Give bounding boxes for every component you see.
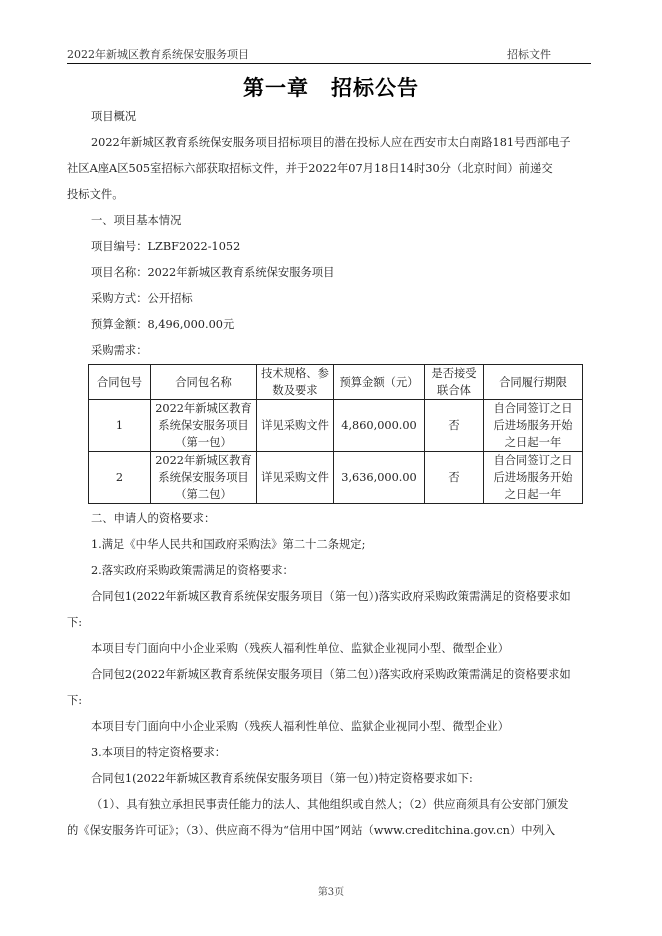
overview-text-line-3: 投标文件。 (67, 188, 124, 202)
cell-term: 自合同签订之日后进场服务开始之日起一年 (484, 452, 583, 504)
chapter-title: 第一章 招标公告 (0, 72, 662, 102)
requirements-table: 合同包号 合同包名称 技术规格、参数及要求 预算金额（元） 是否接受联合体 合同… (88, 364, 583, 504)
requirement-3: 3.本项目的特定资格要求： (91, 746, 226, 760)
section-2-heading: 二、申请人的资格要求： (91, 512, 215, 526)
header-doc-type: 招标文件 (507, 46, 551, 62)
cell-package-name: 2022年新城区教育系统保安服务项目（第二包） (151, 452, 257, 504)
procurement-requirements-label: 采购需求： (91, 344, 148, 358)
procurement-method: 采购方式：公开招标 (91, 292, 193, 306)
col-header-package-name: 合同包名称 (151, 365, 257, 400)
col-header-tech-spec: 技术规格、参数及要求 (257, 365, 334, 400)
cell-package-no: 1 (89, 400, 151, 452)
overview-text-line-1: 2022年新城区教育系统保安服务项目招标项目的潜在投标人应在西安市太白南路181… (91, 136, 571, 150)
package-2-policy-line-1: 合同包2(2022年新城区教育系统保安服务项目（第二包）)落实政府采购政策需满足… (91, 668, 571, 682)
table-row: 1 2022年新城区教育系统保安服务项目（第一包） 详见采购文件 4,860,0… (89, 400, 583, 452)
overview-text-line-2: 社区A座A区505室招标六部获取招标文件，并于2022年07月18日14时30分… (67, 162, 553, 176)
package-1-specific-line-1: （1）、具有独立承担民事责任能力的法人、其他组织或自然人；（2）供应商须具有公安… (91, 798, 569, 812)
col-header-consortium: 是否接受联合体 (425, 365, 484, 400)
cell-tech-spec: 详见采购文件 (257, 400, 334, 452)
table-row: 2 2022年新城区教育系统保安服务项目（第二包） 详见采购文件 3,636,0… (89, 452, 583, 504)
table-header-row: 合同包号 合同包名称 技术规格、参数及要求 预算金额（元） 是否接受联合体 合同… (89, 365, 583, 400)
cell-package-name: 2022年新城区教育系统保安服务项目（第一包） (151, 400, 257, 452)
col-header-term: 合同履行期限 (484, 365, 583, 400)
page-header: 2022年新城区教育系统保安服务项目 招标文件 (67, 44, 591, 62)
cell-budget: 4,860,000.00 (334, 400, 425, 452)
package-1-specific-line-2: 的《保安服务许可证》；（3）、供应商不得为“信用中国”网站（www.credit… (67, 824, 555, 838)
header-divider (67, 63, 591, 64)
cell-package-no: 2 (89, 452, 151, 504)
package-1-specific-heading: 合同包1(2022年新城区教育系统保安服务项目（第一包）)特定资格要求如下: (91, 772, 473, 786)
cell-tech-spec: 详见采购文件 (257, 452, 334, 504)
header-project-name: 2022年新城区教育系统保安服务项目 (67, 46, 249, 62)
cell-consortium: 否 (425, 400, 484, 452)
project-name: 项目名称：2022年新城区教育系统保安服务项目 (91, 266, 334, 280)
package-1-policy-line-2: 下: (67, 616, 82, 630)
requirement-1: 1.满足《中华人民共和国政府采购法》第二十二条规定; (91, 538, 365, 552)
package-1-policy-line-1: 合同包1(2022年新城区教育系统保安服务项目（第一包）)落实政府采购政策需满足… (91, 590, 571, 604)
project-overview-heading: 项目概况 (91, 110, 136, 124)
page-number: 第3页 (0, 883, 662, 898)
project-number: 项目编号：LZBF2022-1052 (91, 240, 240, 254)
col-header-package-no: 合同包号 (89, 365, 151, 400)
package-1-sme-note: 本项目专门面向中小企业采购（残疾人福利性单位、监狱企业视同小型、微型企业） (91, 642, 509, 656)
package-2-policy-line-2: 下: (67, 694, 82, 708)
section-1-heading: 一、项目基本情况 (91, 214, 181, 228)
package-2-sme-note: 本项目专门面向中小企业采购（残疾人福利性单位、监狱企业视同小型、微型企业） (91, 720, 509, 734)
cell-term: 自合同签订之日后进场服务开始之日起一年 (484, 400, 583, 452)
cell-consortium: 否 (425, 452, 484, 504)
col-header-budget: 预算金额（元） (334, 365, 425, 400)
cell-budget: 3,636,000.00 (334, 452, 425, 504)
requirement-2: 2.落实政府采购政策需满足的资格要求： (91, 564, 294, 578)
budget-amount: 预算金额：8,496,000.00元 (91, 318, 234, 332)
